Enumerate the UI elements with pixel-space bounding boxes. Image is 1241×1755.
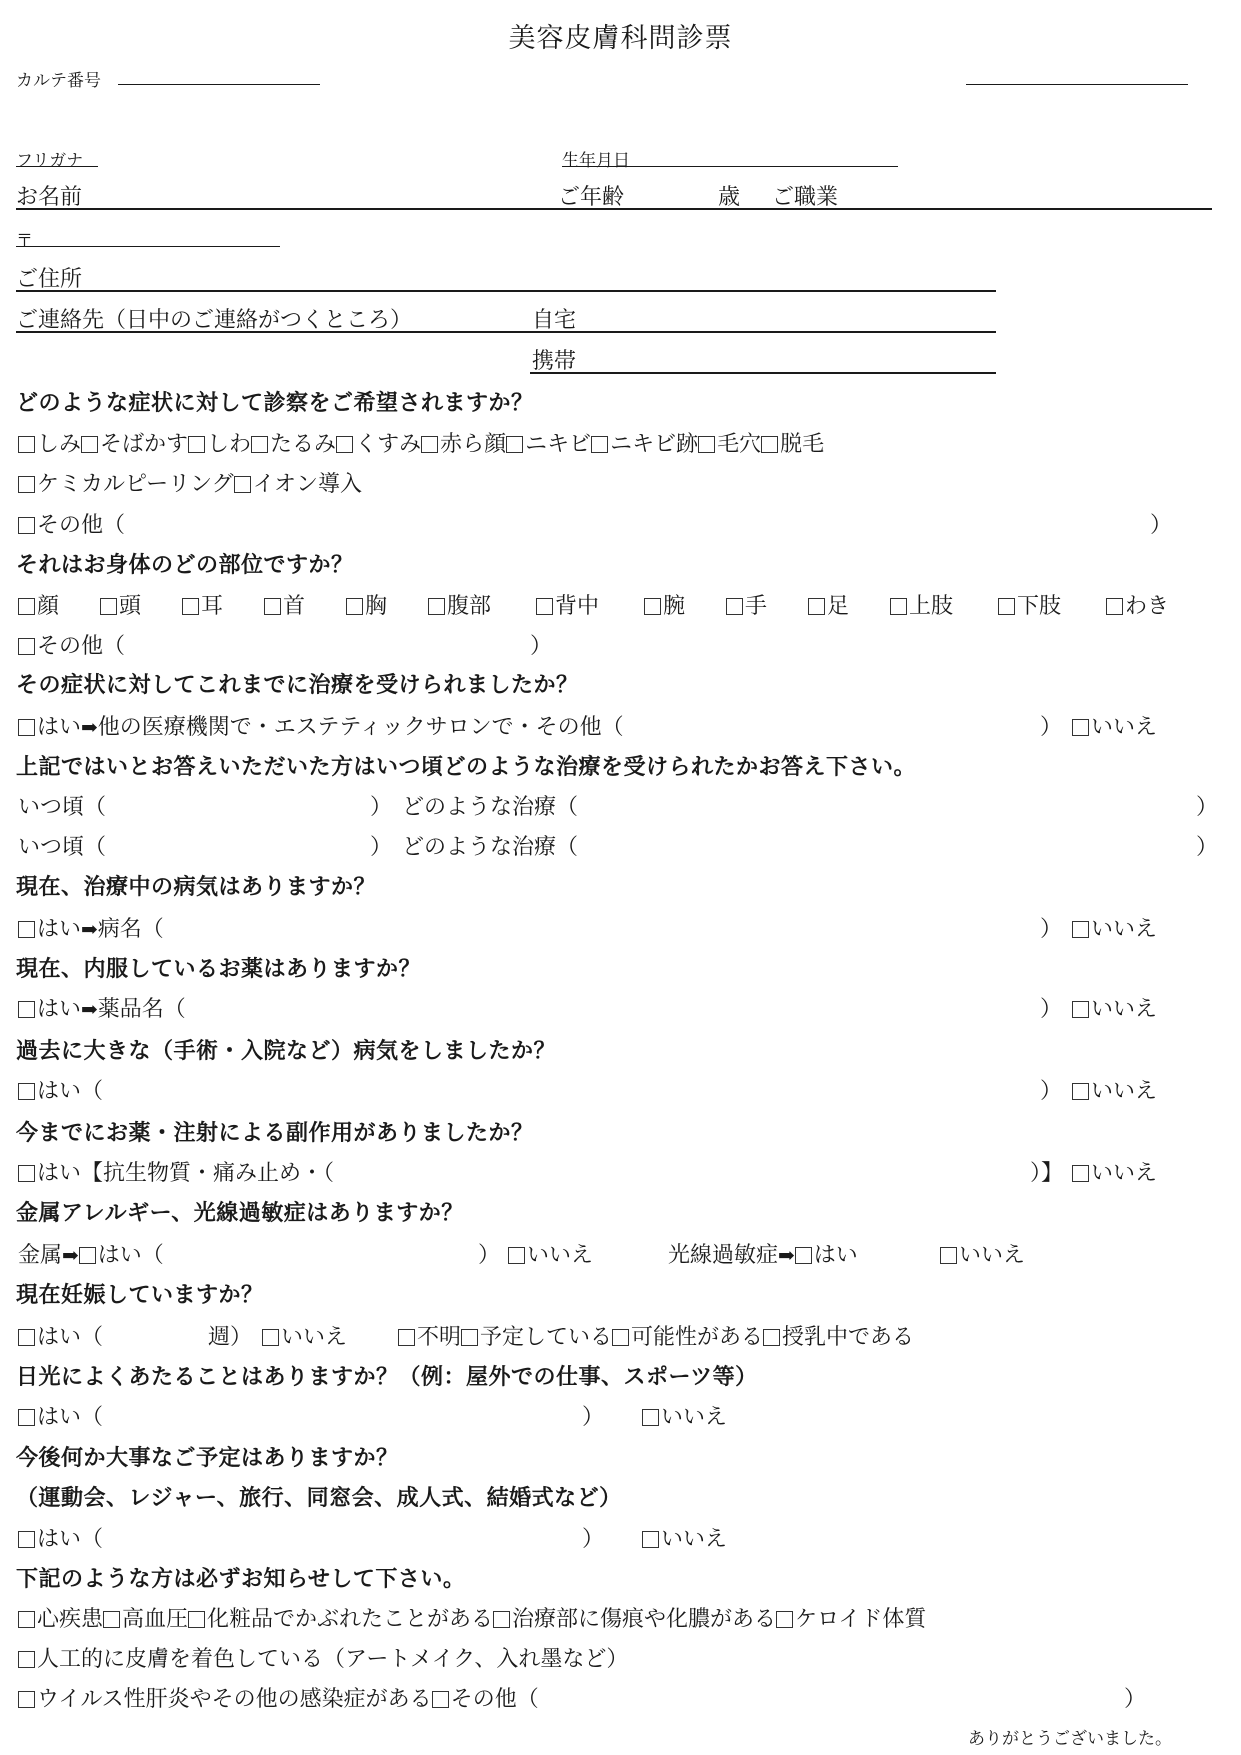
- q9-question: 現在妊娠していますか？: [16, 1278, 264, 1309]
- checkbox-icon[interactable]: [998, 598, 1015, 615]
- q9-no[interactable]: いいえ: [262, 1320, 347, 1351]
- q2-option[interactable]: 顔: [18, 589, 59, 620]
- furigana-underline: [16, 166, 98, 167]
- q6-close: ）: [1040, 1074, 1062, 1105]
- checkbox-icon[interactable]: [264, 598, 281, 615]
- q4-no[interactable]: いいえ: [1072, 912, 1157, 943]
- q12-option[interactable]: ケロイド体質: [776, 1607, 926, 1632]
- q12-options-row3: ウイルス性肝炎やその他の感染症があるその他（: [18, 1682, 539, 1713]
- checkbox-icon[interactable]: [346, 598, 363, 615]
- q11-question: 今後何か大事なご予定はありますか？: [16, 1441, 399, 1472]
- q9-yes[interactable]: はい（: [18, 1320, 103, 1351]
- date-field[interactable]: [966, 84, 1188, 85]
- q11-no[interactable]: いいえ: [642, 1522, 727, 1553]
- q9-option[interactable]: 可能性がある: [612, 1325, 763, 1350]
- checkbox-icon[interactable]: [536, 598, 553, 615]
- checkbox-icon[interactable]: [1072, 719, 1089, 736]
- q9-option[interactable]: 授乳中である: [763, 1325, 914, 1350]
- q6-no[interactable]: いいえ: [1072, 1074, 1157, 1105]
- q3-close: ）: [1040, 710, 1062, 741]
- checkbox-icon[interactable]: [18, 1083, 35, 1100]
- address-field[interactable]: [16, 290, 996, 292]
- checkbox-icon[interactable]: [18, 1611, 35, 1628]
- checkbox-icon[interactable]: [642, 1409, 659, 1426]
- checkbox-icon[interactable]: [18, 476, 35, 493]
- checkbox-icon[interactable]: [428, 598, 445, 615]
- q2-option[interactable]: 下肢: [998, 589, 1061, 620]
- checkbox-icon[interactable]: [1106, 598, 1123, 615]
- checkbox-icon[interactable]: [642, 1531, 659, 1548]
- checkbox-icon[interactable]: [251, 436, 268, 453]
- checkbox-icon[interactable]: [506, 436, 523, 453]
- q3-no[interactable]: いいえ: [1072, 710, 1157, 741]
- q6-question: 過去に大きな（手術・入院など）病気をしましたか？: [16, 1034, 556, 1065]
- checkbox-icon[interactable]: [1072, 921, 1089, 938]
- q1-option[interactable]: 脱毛: [761, 432, 824, 457]
- q1-other-close: ）: [1150, 508, 1172, 539]
- checkbox-icon[interactable]: [763, 1329, 780, 1346]
- q3b-when-label-1: いつ頃（: [18, 790, 106, 821]
- q3b-what-label-2: どのような治療（: [402, 830, 578, 861]
- q2-option[interactable]: わき: [1106, 589, 1169, 620]
- checkbox-icon[interactable]: [18, 517, 35, 534]
- arrow-right-icon: ➡: [778, 1243, 795, 1267]
- checkbox-icon[interactable]: [698, 436, 715, 453]
- q10-yes[interactable]: はい（: [18, 1400, 103, 1431]
- checkbox-icon[interactable]: [18, 638, 35, 655]
- q11-close: ）: [582, 1522, 604, 1553]
- q3b-when-close-2: ）: [370, 830, 392, 861]
- q12-option[interactable]: 心疾患: [18, 1607, 103, 1632]
- q12-option[interactable]: 高血圧: [103, 1607, 188, 1632]
- q9-weeks: 週）: [208, 1320, 252, 1351]
- q2-option[interactable]: 頭: [100, 589, 141, 620]
- karte-number-field[interactable]: [118, 84, 320, 85]
- q5-no[interactable]: いいえ: [1072, 992, 1157, 1023]
- q1-option[interactable]: しみ: [18, 432, 81, 457]
- birthdate-label: 生年月日: [562, 146, 630, 171]
- q1-question: どのような症状に対して診察をご希望されますか？: [16, 386, 534, 417]
- checkbox-icon[interactable]: [432, 1691, 449, 1708]
- q5-yes[interactable]: はい➡薬品名（: [18, 992, 186, 1023]
- q3b-what-close-1: ）: [1196, 790, 1218, 821]
- checkbox-icon[interactable]: [100, 598, 117, 615]
- checkbox-icon[interactable]: [1072, 1001, 1089, 1018]
- q7-question: 今までにお薬・注射による副作用がありましたか？: [16, 1116, 534, 1147]
- q12-question: 下記のような方は必ずお知らせして下さい。: [16, 1562, 465, 1593]
- q4-question: 現在、治療中の病気はありますか？: [16, 870, 376, 901]
- checkbox-icon[interactable]: [940, 1247, 957, 1264]
- checkbox-icon[interactable]: [81, 436, 98, 453]
- q10-no[interactable]: いいえ: [642, 1400, 727, 1431]
- checkbox-icon[interactable]: [644, 598, 661, 615]
- checkbox-icon[interactable]: [1072, 1165, 1089, 1182]
- home-phone-field[interactable]: [16, 331, 996, 333]
- home-phone-label: 自宅: [532, 303, 576, 334]
- q12-options-row2: 人工的に皮膚を着色している（アートメイク、入れ墨など）: [18, 1642, 628, 1673]
- name-age-job-field[interactable]: [16, 208, 1212, 210]
- checkbox-icon[interactable]: [18, 1531, 35, 1548]
- q8-metal-yes[interactable]: 金属➡はい（: [18, 1238, 164, 1269]
- q2-option[interactable]: 胸: [346, 589, 387, 620]
- q1-options-row2: ケミカルピーリングイオン導入: [18, 467, 362, 498]
- mobile-phone-field[interactable]: [530, 372, 996, 374]
- q3b-question: 上記ではいとお答えいただいた方はいつ頃どのような治療を受けられたかお答え下さい。: [16, 750, 916, 781]
- checkbox-icon[interactable]: [808, 598, 825, 615]
- q1-option[interactable]: そばかす: [81, 432, 188, 457]
- q3b-when-close-1: ）: [370, 790, 392, 821]
- q9-options: 不明予定している可能性がある授乳中である: [398, 1320, 914, 1351]
- q1-option[interactable]: たるみ: [251, 432, 336, 457]
- q3-yes[interactable]: はい➡他の医療機関で・エステティックサロンで・その他（: [18, 710, 624, 741]
- checkbox-icon[interactable]: [234, 476, 251, 493]
- checkbox-icon[interactable]: [336, 436, 353, 453]
- arrow-right-icon: ➡: [81, 715, 98, 739]
- name-label: お名前: [16, 180, 82, 211]
- arrow-right-icon: ➡: [81, 917, 98, 941]
- checkbox-icon[interactable]: [18, 1165, 35, 1182]
- q1-option[interactable]: しわ: [188, 432, 251, 457]
- q2-question: それはお身体のどの部位ですか？: [16, 548, 354, 579]
- q7-yes[interactable]: はい【抗生物質・痛み止め・（: [18, 1156, 334, 1187]
- q2-option[interactable]: 耳: [182, 589, 223, 620]
- q9-option[interactable]: 予定している: [461, 1325, 612, 1350]
- checkbox-icon[interactable]: [493, 1611, 510, 1628]
- checkbox-icon[interactable]: [18, 921, 35, 938]
- age-label: ご年齢: [558, 180, 624, 211]
- checkbox-icon[interactable]: [18, 436, 35, 453]
- q8-metal-no[interactable]: いいえ: [508, 1238, 593, 1269]
- q1-other[interactable]: その他（: [18, 508, 125, 539]
- checkbox-icon[interactable]: [188, 436, 205, 453]
- q5-question: 現在、内服しているお薬はありますか？: [16, 952, 421, 983]
- q1-option[interactable]: イオン導入: [234, 472, 362, 497]
- q2-option[interactable]: 上肢: [890, 589, 953, 620]
- contact-label: ご連絡先（日中のご連絡がつくところ）: [16, 303, 412, 334]
- q12-other-close: ）: [1124, 1682, 1146, 1713]
- q1-option[interactable]: くすみ: [336, 432, 421, 457]
- mobile-phone-label: 携帯: [532, 344, 576, 375]
- q6-yes[interactable]: はい（: [18, 1074, 103, 1105]
- checkbox-icon[interactable]: [795, 1247, 812, 1264]
- checkbox-icon[interactable]: [461, 1329, 478, 1346]
- checkbox-icon[interactable]: [776, 1611, 793, 1628]
- q12-option[interactable]: ウイルス性肝炎やその他の感染症がある: [18, 1687, 432, 1712]
- birthdate-field[interactable]: [562, 166, 898, 167]
- q3b-what-label-1: どのような治療（: [402, 790, 578, 821]
- checkbox-icon[interactable]: [1072, 1083, 1089, 1100]
- age-unit: 歳: [718, 180, 740, 211]
- arrow-right-icon: ➡: [81, 997, 98, 1021]
- q1-option[interactable]: ケミカルピーリング: [18, 472, 234, 497]
- checkbox-icon[interactable]: [18, 1691, 35, 1708]
- q1-options-row1: しみそばかすしわたるみくすみ赤ら顔ニキビニキビ跡毛穴脱毛: [18, 427, 824, 458]
- q7-no[interactable]: いいえ: [1072, 1156, 1157, 1187]
- checkbox-icon[interactable]: [508, 1247, 525, 1264]
- q2-other[interactable]: その他（: [18, 629, 125, 660]
- q7-close: ）】: [1030, 1156, 1063, 1187]
- q2-option[interactable]: 手: [726, 589, 767, 620]
- checkbox-icon[interactable]: [398, 1329, 415, 1346]
- q3b-what-close-2: ）: [1196, 830, 1218, 861]
- postal-mark: 〒: [16, 226, 33, 251]
- q3-question: その症状に対してこれまでに治療を受けられましたか？: [16, 668, 579, 699]
- checkbox-icon[interactable]: [79, 1247, 96, 1264]
- q1-option[interactable]: ニキビ: [506, 432, 591, 457]
- q2-option[interactable]: 首: [264, 589, 305, 620]
- checkbox-icon[interactable]: [18, 1409, 35, 1426]
- q3b-when-label-2: いつ頃（: [18, 830, 106, 861]
- checkbox-icon[interactable]: [188, 1611, 205, 1628]
- q10-question: 日光によくあたることはありますか？（例：屋外での仕事、スポーツ等）: [16, 1360, 758, 1391]
- checkbox-icon[interactable]: [18, 1001, 35, 1018]
- karte-number-label: カルテ番号: [16, 66, 101, 91]
- checkbox-icon[interactable]: [890, 598, 907, 615]
- checkbox-icon[interactable]: [421, 436, 438, 453]
- q8-light-yes[interactable]: 光線過敏症➡はい: [668, 1238, 858, 1269]
- q1-option[interactable]: 毛穴: [698, 432, 761, 457]
- q2-option[interactable]: 足: [808, 589, 849, 620]
- q12-option[interactable]: 化粧品でかぶれたことがある: [188, 1607, 493, 1632]
- checkbox-icon[interactable]: [612, 1329, 629, 1346]
- q12-option[interactable]: 人工的に皮膚を着色している（アートメイク、入れ墨など）: [18, 1647, 628, 1672]
- q12-option[interactable]: 治療部に傷痕や化膿がある: [493, 1607, 776, 1632]
- checkbox-icon[interactable]: [18, 1651, 35, 1668]
- checkbox-icon[interactable]: [591, 436, 608, 453]
- checkbox-icon[interactable]: [262, 1329, 279, 1346]
- arrow-right-icon: ➡: [62, 1243, 79, 1267]
- q11-examples: （運動会、レジャー、旅行、同窓会、成人式、結婚式など）: [16, 1481, 622, 1512]
- checkbox-icon[interactable]: [18, 1329, 35, 1346]
- q2-option[interactable]: 腕: [644, 589, 685, 620]
- q11-yes[interactable]: はい（: [18, 1522, 103, 1553]
- checkbox-icon[interactable]: [182, 598, 199, 615]
- q1-option[interactable]: ニキビ跡: [591, 432, 698, 457]
- job-label: ご職業: [772, 180, 838, 211]
- furigana-label: フリガナ: [16, 146, 83, 171]
- q8-light-no[interactable]: いいえ: [940, 1238, 1025, 1269]
- checkbox-icon[interactable]: [103, 1611, 120, 1628]
- thanks-message: ありがとうございました。: [968, 1724, 1172, 1749]
- checkbox-icon[interactable]: [761, 436, 778, 453]
- checkbox-icon[interactable]: [18, 719, 35, 736]
- q10-close: ）: [582, 1400, 604, 1431]
- q12-options-row1: 心疾患高血圧化粧品でかぶれたことがある治療部に傷痕や化膿があるケロイド体質: [18, 1602, 926, 1633]
- q12-other[interactable]: その他（: [432, 1687, 539, 1712]
- q5-close: ）: [1040, 992, 1062, 1023]
- q2-option[interactable]: 腹部: [428, 589, 491, 620]
- q4-yes[interactable]: はい➡病名（: [18, 912, 164, 943]
- q4-close: ）: [1040, 912, 1062, 943]
- q2-option[interactable]: 背中: [536, 589, 599, 620]
- postal-code-field[interactable]: [16, 246, 280, 247]
- checkbox-icon[interactable]: [726, 598, 743, 615]
- form-title: 美容皮膚科問診票: [0, 16, 1241, 55]
- q2-other-close: ）: [530, 629, 552, 660]
- q8-question: 金属アレルギー、光線過敏症はありますか？: [16, 1196, 464, 1227]
- q9-option[interactable]: 不明: [398, 1325, 461, 1350]
- address-label: ご住所: [16, 262, 82, 293]
- checkbox-icon[interactable]: [18, 598, 35, 615]
- q8-metal-close: ）: [478, 1238, 500, 1269]
- q1-option[interactable]: 赤ら顔: [421, 432, 506, 457]
